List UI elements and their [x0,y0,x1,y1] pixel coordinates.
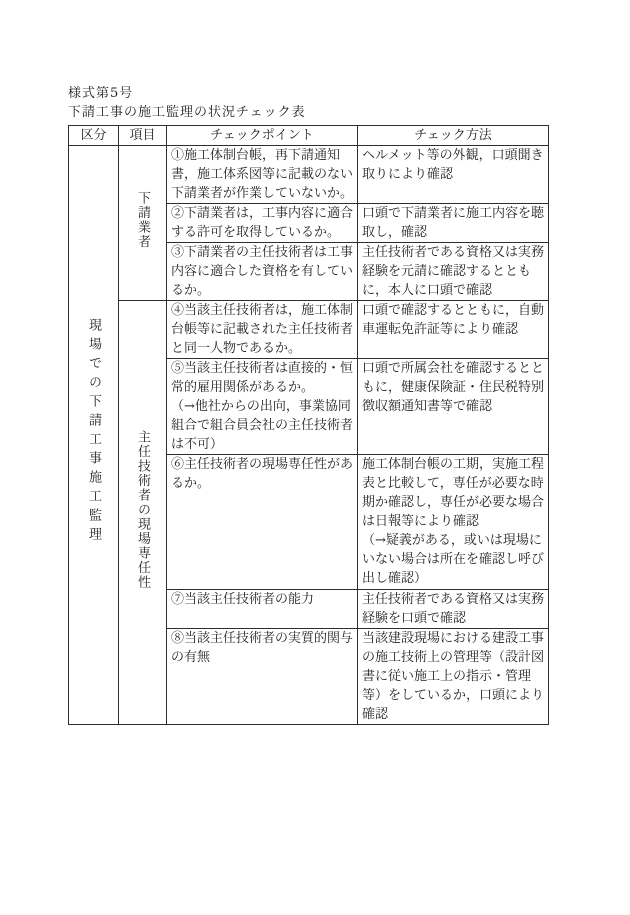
header-item: 項目 [119,126,167,146]
checkpoint-text: ⑥主任技術者の現場専任性があるか。 [171,455,353,493]
checkpoint-text: ⑦当該主任技術者の能力 [171,590,353,609]
method-cell: 主任技術者である資格又は実務経験を口頭で確認 [358,590,549,629]
table-row: 主任技術者の現場専任性 ④当該主任技術者は，施工体制台帳等に記載された主任技術者… [69,301,549,359]
method-cell: 施工体制台帳の工期，実施工程表と比較して，専任が必要な時期か確認し，専任が必要な… [358,455,549,590]
document-page: 様式第5号 下請工事の施工監理の状況チェック表 区分 項目 チェックポイント チ… [0,0,630,915]
header-category: 区分 [69,126,119,146]
category-label: 現場での下請工事施工監理 [87,318,100,546]
checkpoint-cell: ①施工体制台帳，再下請通知書，施工体系図等に記載のない下請業者が作業していないか… [167,146,358,204]
checkpoint-cell: ⑥主任技術者の現場専任性があるか。 [167,455,358,590]
header-checkpoint: チェックポイント [167,126,358,146]
page-title: 下請工事の施工監理の状況チェック表 [68,103,548,122]
method-cell: 口頭で所属会社を確認するとともに，健康保険証・住民税特別徴収額通知書等で確認 [358,359,549,455]
method-note: （→疑義がある，或いは現場にいない場合は所在を確認し呼び出し確認） [362,531,544,588]
method-text: 主任技術者である資格又は実務経験を元請に確認するとともに，本人に口頭で確認 [362,243,544,300]
form-number: 様式第5号 [68,84,548,103]
table-header-row: 区分 項目 チェックポイント チェック方法 [69,126,549,146]
checkpoint-cell: ③下請業者の主任技術者は工事内容に適合した資格を有しているか。 [167,243,358,301]
category-cell: 現場での下請工事施工監理 [69,146,119,725]
checkpoint-text: ②下請業者は，工事内容に適合する許可を取得しているか。 [171,204,353,242]
method-text: 口頭で所属会社を確認するとともに，健康保険証・住民税特別徴収額通知書等で確認 [362,359,544,416]
method-text: ヘルメット等の外観，口頭聞き取りにより確認 [362,146,544,184]
checkpoint-note: （→他社からの出向，事業協同組合で組合員会社の主任技術者は不可） [171,397,353,454]
checkpoint-cell: ④当該主任技術者は，施工体制台帳等に記載された主任技術者と同一人物であるか。 [167,301,358,359]
checkpoint-text: ④当該主任技術者は，施工体制台帳等に記載された主任技術者と同一人物であるか。 [171,301,353,358]
table-row: 現場での下請工事施工監理 下請業者 ①施工体制台帳，再下請通知書，施工体系図等に… [69,146,549,204]
document-content: 様式第5号 下請工事の施工監理の状況チェック表 区分 項目 チェックポイント チ… [68,84,548,725]
checkpoint-cell: ②下請業者は，工事内容に適合する許可を取得しているか。 [167,204,358,243]
method-text: 主任技術者である資格又は実務経験を口頭で確認 [362,590,544,628]
checkpoint-cell: ⑧当該主任技術者の実質的関与の有無 [167,629,358,725]
header-method: チェック方法 [358,126,549,146]
check-table: 区分 項目 チェックポイント チェック方法 現場での下請工事施工監理 下請業者 … [68,125,549,725]
checkpoint-text: ⑤当該主任技術者は直接的・恒常的雇用関係があるか。 [171,359,353,397]
method-cell: 口頭で下請業者に施工内容を聴取し，確認 [358,204,549,243]
method-cell: 口頭で確認するとともに，自動車運転免許証等により確認 [358,301,549,359]
method-text: 施工体制台帳の工期，実施工程表と比較して，専任が必要な時期か確認し，専任が必要な… [362,455,544,531]
item-group-chief-engineer: 主任技術者の現場専任性 [119,301,167,725]
method-cell: ヘルメット等の外観，口頭聞き取りにより確認 [358,146,549,204]
item-group-label: 主任技術者の現場専任性 [136,430,149,590]
item-group-label: 下請業者 [136,191,149,249]
method-text: 口頭で下請業者に施工内容を聴取し，確認 [362,204,544,242]
method-text: 口頭で確認するとともに，自動車運転免許証等により確認 [362,301,544,339]
checkpoint-text: ⑧当該主任技術者の実質的関与の有無 [171,629,353,667]
item-group-subcontractor: 下請業者 [119,146,167,301]
method-text: 当該建設現場における建設工事の施工技術上の管理等（設計図書に従い施工上の指示・管… [362,629,544,724]
checkpoint-text: ③下請業者の主任技術者は工事内容に適合した資格を有しているか。 [171,243,353,300]
checkpoint-cell: ⑤当該主任技術者は直接的・恒常的雇用関係があるか。 （→他社からの出向，事業協同… [167,359,358,455]
method-cell: 主任技術者である資格又は実務経験を元請に確認するとともに，本人に口頭で確認 [358,243,549,301]
method-cell: 当該建設現場における建設工事の施工技術上の管理等（設計図書に従い施工上の指示・管… [358,629,549,725]
checkpoint-text: ①施工体制台帳，再下請通知書，施工体系図等に記載のない下請業者が作業していないか… [171,146,353,203]
checkpoint-cell: ⑦当該主任技術者の能力 [167,590,358,629]
